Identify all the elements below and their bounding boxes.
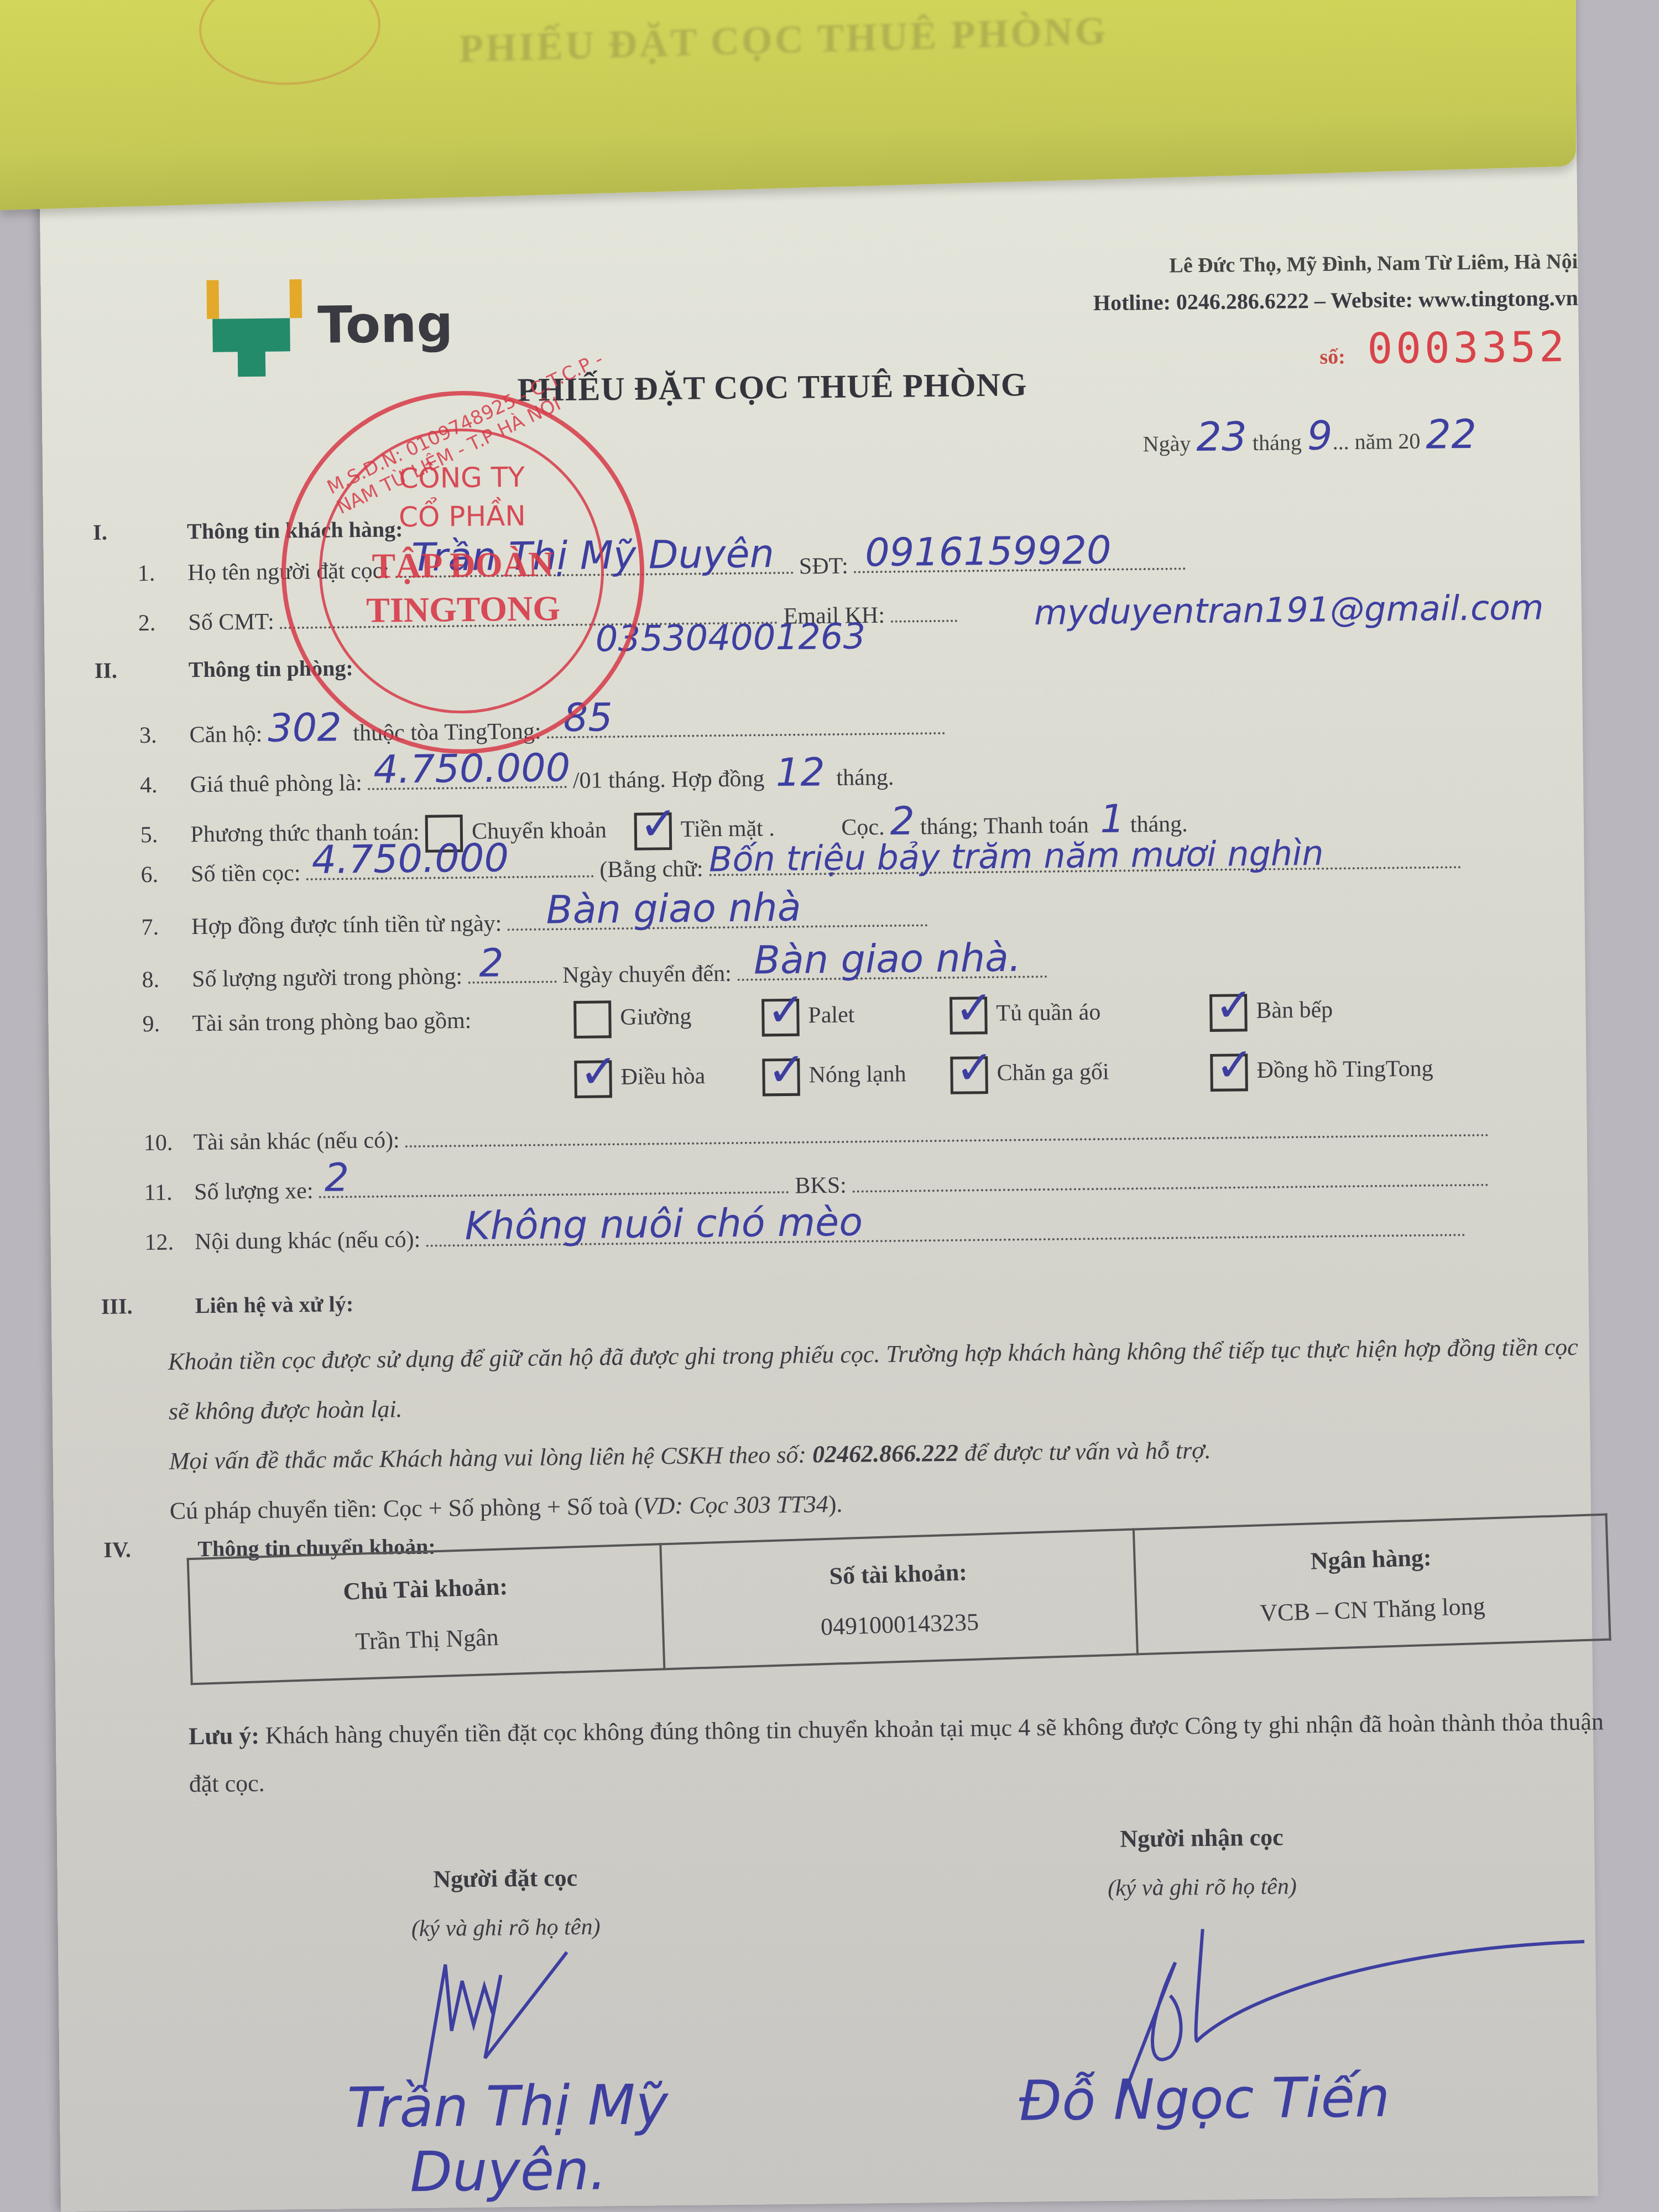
asset-checkbox[interactable] xyxy=(574,1060,612,1098)
plate-label: BKS: xyxy=(795,1173,847,1199)
id-value: 035304001263 xyxy=(595,616,865,660)
bank-info-cell: Số tài khoản:0491000143235 xyxy=(661,1530,1138,1670)
asset-label: Điều hòa xyxy=(620,1063,705,1090)
start-input[interactable]: Bàn giao nhà xyxy=(508,903,928,931)
occupants-label: Số lượng người trong phòng: xyxy=(192,964,462,992)
item-number: 2. xyxy=(138,609,182,637)
year-value: 22 xyxy=(1426,411,1477,458)
apartment-label: Căn hộ: xyxy=(189,722,262,748)
asset-checkbox[interactable] xyxy=(573,1000,612,1039)
section-contact-heading: III.Liên hệ và xử lý: xyxy=(101,1291,354,1319)
rent-input[interactable]: 4.750.000 xyxy=(368,765,567,790)
building-input[interactable]: 85 xyxy=(547,711,945,738)
form-date: Ngày 23 tháng 9... năm 20 22 xyxy=(1142,411,1477,461)
asset-item: Đồng hồ TingTong xyxy=(1210,1051,1542,1092)
field-rent: 4. Giá thuê phòng là: 4.750.000 /01 thán… xyxy=(139,749,894,802)
section-title: Thông tin khách hàng: xyxy=(187,517,403,544)
apartment-value[interactable]: 302 xyxy=(268,705,342,750)
ghost-stamp-icon xyxy=(199,0,380,87)
item-number: 11. xyxy=(144,1179,188,1206)
move-in-input[interactable]: Bàn giao nhà. xyxy=(737,954,1047,981)
other-assets-input[interactable] xyxy=(405,1113,1489,1147)
other-assets-label: Tài sản khác (nếu có): xyxy=(193,1128,400,1155)
building-value: 85 xyxy=(563,695,613,740)
section-customer-heading: I.Thông tin khách hàng: xyxy=(93,516,403,545)
name-value: Trần Thị Mỹ Duyên xyxy=(411,531,774,580)
vehicles-input[interactable]: 2 xyxy=(319,1170,789,1198)
building-label: thuộc tòa TingTong: xyxy=(353,719,541,747)
item-number: 5. xyxy=(140,821,185,848)
move-in-label: Ngày chuyển đến: xyxy=(562,961,732,988)
asset-label: Bàn bếp xyxy=(1256,997,1333,1023)
month-label: tháng xyxy=(1253,430,1302,455)
syntax-prefix: Cú pháp chuyển tiền: Cọc + Số phòng + Số… xyxy=(169,1493,642,1525)
other-input[interactable]: Không nuôi chó mèo xyxy=(426,1213,1466,1246)
section-numeral: II. xyxy=(95,656,189,684)
section-room-heading: II.Thông tin phòng: xyxy=(95,655,353,684)
asset-checkbox[interactable] xyxy=(1210,1053,1248,1092)
section-numeral: I. xyxy=(93,518,187,545)
occupants-value: 2 xyxy=(479,940,504,985)
name-label: Họ tên người đặt cọc: xyxy=(187,558,389,586)
field-occupants: 8. Số lượng người trong phòng: 2 Ngày ch… xyxy=(142,954,1047,993)
field-customer-name: 1. Họ tên người đặt cọc: Trần Thị Mỹ Duy… xyxy=(138,546,1186,587)
id-input[interactable]: 035304001263 xyxy=(280,601,778,629)
start-value: Bàn giao nhà xyxy=(546,884,801,932)
asset-checkbox[interactable] xyxy=(761,999,800,1037)
bank-info-cell: Chủ Tài khoản:Trần Thị Ngân xyxy=(188,1544,665,1684)
asset-checkbox[interactable] xyxy=(1209,994,1248,1032)
item-number: 12. xyxy=(144,1229,189,1256)
logo-wordmark: Tong xyxy=(317,294,453,355)
bank-info-cell: Ngân hàng:VCB – CN Thăng long xyxy=(1134,1515,1610,1655)
rent-suffix: /01 tháng. Hợp đồng xyxy=(573,766,765,794)
support-prefix: Mọi vấn đề thắc mắc Khách hàng vui lòng … xyxy=(169,1441,807,1475)
day-value: 23 xyxy=(1196,413,1247,460)
stamp-line-1: CÔNG TY xyxy=(285,460,639,496)
deposit-amount-value: 4.750.000 xyxy=(311,835,509,883)
bank-info-header: Ngân hàng: xyxy=(1141,1538,1601,1580)
asset-item: Bàn bếp xyxy=(1209,991,1542,1032)
item-number: 7. xyxy=(141,914,185,941)
deposit-amount-label: Số tiền cọc: xyxy=(191,860,301,887)
logo-mark-bar xyxy=(289,279,302,318)
item-number: 4. xyxy=(140,771,184,799)
id-label: Số CMT: xyxy=(188,609,274,635)
section-numeral: III. xyxy=(101,1292,195,1319)
asset-label: Giường xyxy=(620,1004,691,1030)
deposit-amount-input[interactable]: 4.750.000 xyxy=(306,854,594,880)
stamp-ring-text: M.S.D.N: 0109748925 - C.T.C.P - NAM TỪ L… xyxy=(324,340,632,519)
in-words-label: (Bằng chữ: xyxy=(599,856,703,883)
logo-mark-icon xyxy=(206,280,219,319)
field-start-date: 7. Hợp đồng được tính tiền từ ngày: Bàn … xyxy=(141,903,928,941)
rent-label: Giá thuê phòng là: xyxy=(190,770,362,797)
section-title: Thông tin phòng: xyxy=(189,655,353,682)
contract-suffix: tháng. xyxy=(836,765,894,791)
bank-info-value: VCB – CN Thăng long xyxy=(1260,1593,1486,1627)
item-number: 10. xyxy=(144,1129,188,1156)
vehicles-label: Số lượng xe: xyxy=(194,1178,314,1205)
deposit-form-sheet: Tong Lê Đức Thọ, Mỹ Đình, Nam Từ Liêm, H… xyxy=(39,84,1598,2212)
syntax-example: VD: Cọc 303 TT34 xyxy=(642,1490,828,1520)
other-label: Nội dung khác (nếu có): xyxy=(195,1227,421,1255)
bank-info-value: 0491000143235 xyxy=(820,1608,979,1640)
asset-label: Palet xyxy=(808,1002,854,1028)
deposit-months-label: Cọc. xyxy=(841,815,885,841)
asset-item: Chăn ga gối xyxy=(950,1054,1211,1094)
field-apartment: 3. Căn hộ:302 thuộc tòa TingTong: 85 xyxy=(139,698,946,752)
bank-info-value: Trần Thị Ngân xyxy=(355,1624,499,1655)
field-other-notes: 12. Nội dung khác (nếu có): Không nuôi c… xyxy=(144,1213,1466,1256)
rent-value: 4.750.000 xyxy=(373,745,571,792)
section-title: Liên hệ và xử lý: xyxy=(195,1291,354,1318)
name-input[interactable]: Trần Thị Mỹ Duyên xyxy=(395,551,793,578)
asset-label: Đồng hồ TingTong xyxy=(1256,1056,1433,1083)
serial-row: số: 0003352 xyxy=(915,322,1579,378)
serial-number: 0003352 xyxy=(1367,322,1568,373)
logo-mark-stem xyxy=(238,349,266,377)
depositor-signature-icon xyxy=(390,1928,723,2098)
deposit-terms-text: Khoản tiền cọc được sử dụng để giữ căn h… xyxy=(168,1322,1584,1437)
section-numeral: IV. xyxy=(103,1536,197,1563)
asset-label: Tủ quần áo xyxy=(996,1000,1100,1026)
payment-option-checkbox[interactable] xyxy=(634,812,672,851)
vehicles-value: 2 xyxy=(324,1155,349,1200)
note-label: Lưu ý: xyxy=(189,1722,259,1750)
other-value: Không nuôi chó mèo xyxy=(465,1199,863,1249)
email-value: myduyentran191@gmail.com xyxy=(1034,587,1543,633)
move-in-value: Bàn giao nhà. xyxy=(753,935,1021,983)
receiver-signature-icon xyxy=(1109,1924,1608,2112)
asset-item: Điều hòa xyxy=(574,1058,763,1098)
asset-item: Palet xyxy=(761,997,950,1037)
month-value: 9 xyxy=(1307,413,1333,459)
item-number: 8. xyxy=(142,966,186,993)
field-deposit-amount: 6. Số tiền cọc: 4.750.000 (Bằng chữ: Bốn… xyxy=(140,845,1461,888)
assets-label: Tài sản trong phòng bao gồm: xyxy=(192,1008,472,1036)
asset-item: Giường xyxy=(573,999,762,1039)
day-label: Ngày xyxy=(1142,431,1191,456)
asset-checkbox[interactable] xyxy=(950,997,988,1035)
asset-label: Chăn ga gối xyxy=(997,1059,1109,1086)
assets-checklist: GiườngPaletTủ quần áoBàn bếpĐiều hòaNóng… xyxy=(573,990,1570,1098)
item-number: 3. xyxy=(139,722,184,749)
company-address: Lê Đức Thọ, Mỹ Đình, Nam Từ Liêm, Hà Nội xyxy=(914,249,1578,281)
item-number: 6. xyxy=(140,861,185,888)
syntax-suffix: ). xyxy=(828,1490,843,1517)
item-number: 1. xyxy=(138,560,182,587)
in-words-input[interactable]: Bốn triệu bảy trăm năm mươi nghìn xyxy=(709,845,1461,876)
plate-input[interactable] xyxy=(852,1163,1488,1193)
company-hotline: Hotline: 0246.286.6222 – Website: www.ti… xyxy=(915,285,1578,318)
serial-label: số: xyxy=(1319,345,1345,369)
asset-checkbox[interactable] xyxy=(762,1058,800,1097)
transfer-note: Lưu ý: Khách hàng chuyển tiền đặt cọc kh… xyxy=(189,1698,1605,1808)
item-number: 9. xyxy=(142,1010,186,1037)
note-text: Khách hàng chuyển tiền đặt cọc không đún… xyxy=(189,1708,1604,1798)
field-other-assets: 10. Tài sản khác (nếu có): xyxy=(143,1113,1489,1156)
asset-checkbox[interactable] xyxy=(950,1056,988,1094)
receiver-hint: (ký và ghi rõ họ tên) xyxy=(953,1871,1451,1903)
asset-item: Nóng lạnh xyxy=(762,1057,951,1097)
asset-item: Tủ quần áo xyxy=(950,994,1210,1035)
email-input[interactable] xyxy=(890,599,957,623)
logo-mark-top xyxy=(212,318,290,352)
depositor-role: Người đặt cọc xyxy=(256,1862,754,1895)
contact-terms: Khoản tiền cọc được sử dụng để giữ căn h… xyxy=(168,1322,1585,1536)
in-words-value: Bốn triệu bảy trăm năm mươi nghìn xyxy=(709,833,1324,880)
contract-months-value[interactable]: 12 xyxy=(775,749,825,795)
phone-label: SĐT: xyxy=(799,554,848,580)
phone-input[interactable]: 0916159920 xyxy=(854,546,1186,573)
bank-info-header: Chủ Tài khoản: xyxy=(195,1568,656,1610)
asset-label: Nóng lạnh xyxy=(808,1061,906,1088)
start-label: Hợp đồng được tính tiền từ ngày: xyxy=(191,911,502,940)
bank-info-header: Số tài khoản: xyxy=(668,1553,1129,1595)
field-assets: 9. Tài sản trong phòng bao gồm: xyxy=(142,1008,471,1037)
carbon-ghost-title: PHIẾU ĐẶT CỌC THUÊ PHÒNG xyxy=(459,8,1108,72)
support-phone: 02462.866.222 xyxy=(812,1439,958,1468)
year-label: năm 20 xyxy=(1354,429,1420,454)
receiver-role: Người nhận cọc xyxy=(953,1821,1451,1854)
support-suffix: để được tư vấn và hỗ trợ. xyxy=(964,1437,1211,1467)
company-header: Lê Đức Thọ, Mỹ Đình, Nam Từ Liêm, Hà Nội… xyxy=(914,249,1579,378)
occupants-input[interactable]: 2 xyxy=(468,959,556,983)
phone-value: 0916159920 xyxy=(865,528,1112,576)
field-customer-id: 2. Số CMT: 035304001263 Email KH: myduye… xyxy=(138,599,957,637)
